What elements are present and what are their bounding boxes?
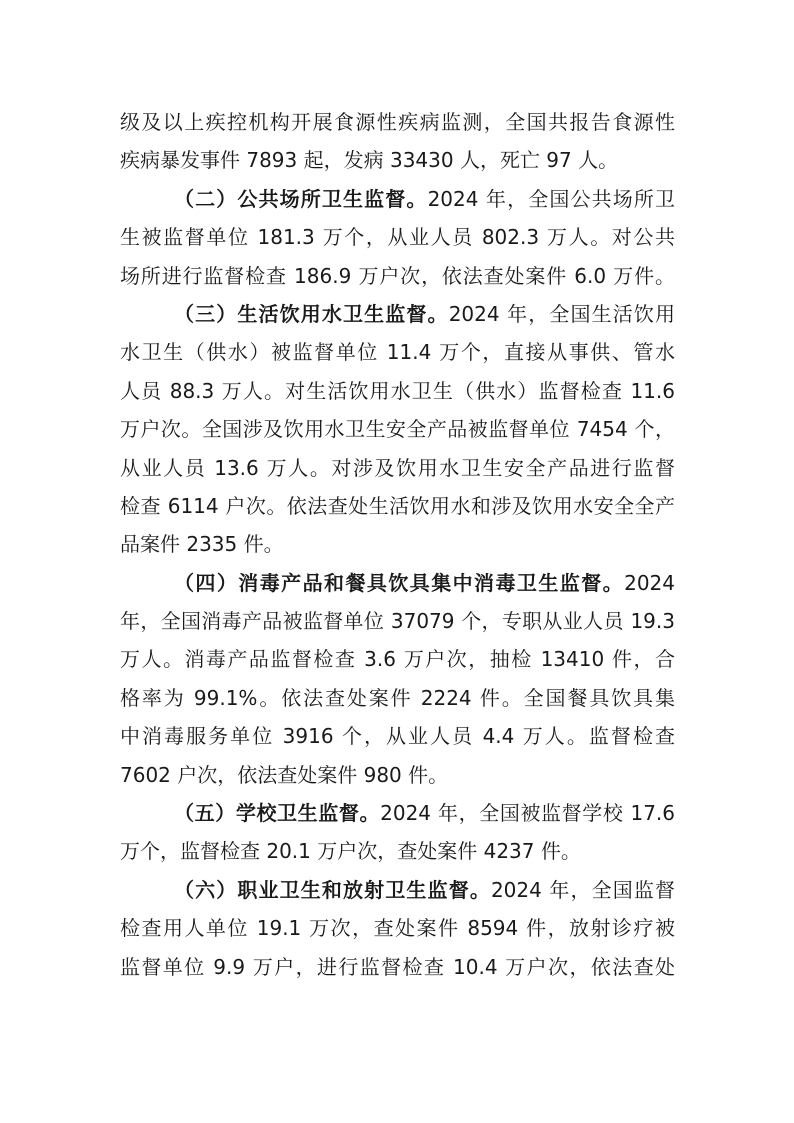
- text-line: 级及以上疾控机构开展食源性疾病监测，全国共报告食源性: [120, 103, 675, 141]
- section-heading-drinking-water: （三）生活饮用水卫生监督。: [174, 302, 449, 326]
- text-line: 7602 户次，依法查处案件 980 件。: [120, 756, 675, 794]
- text-line: 场所进行监督检查 186.9 万户次，依法查处案件 6.0 万件。: [120, 257, 675, 295]
- text-line: 检查用人单位 19.1 万次，查处案件 8594 件，放射诊疗被: [120, 909, 675, 947]
- text-run: 2024 年，全国生活饮用: [449, 302, 675, 326]
- text-run: 2024 年，全国被监督学校 17.6: [380, 801, 675, 825]
- text-line: 监督单位 9.9 万户，进行监督检查 10.4 万户次，依法查处: [120, 948, 675, 986]
- text-line: 生被监督单位 181.3 万个，从业人员 802.3 万人。对公共: [120, 218, 675, 256]
- text-line: 万人。消毒产品监督检查 3.6 万户次，抽检 13410 件，合: [120, 640, 675, 678]
- text-line: 万户次。全国涉及饮用水卫生安全产品被监督单位 7454 个，: [120, 410, 675, 448]
- text-line: 品案件 2335 件。: [120, 525, 675, 563]
- text-run: 2024 年，全国公共场所卫: [428, 187, 675, 211]
- text-line: 万个，监督检查 20.1 万户次，查处案件 4237 件。: [120, 832, 675, 870]
- section-heading-line: （四）消毒产品和餐具饮具集中消毒卫生监督。2024: [120, 564, 675, 602]
- text-line: 水卫生（供水）被监督单位 11.4 万个，直接从事供、管水: [120, 333, 675, 371]
- section-heading-line: （六）职业卫生和放射卫生监督。2024 年，全国监督: [120, 871, 675, 909]
- section-heading-school: （五）学校卫生监督。: [174, 801, 380, 825]
- section-heading-disinfection: （四）消毒产品和餐具饮具集中消毒卫生监督。: [174, 571, 624, 595]
- text-line: 格率为 99.1%。依法查处案件 2224 件。全国餐具饮具集: [120, 679, 675, 717]
- text-line: 疾病暴发事件 7893 起，发病 33430 人，死亡 97 人。: [120, 141, 675, 179]
- section-heading-line: （二）公共场所卫生监督。2024 年，全国公共场所卫: [120, 180, 675, 218]
- text-line: 检查 6114 户次。依法查处生活饮用水和涉及饮用水安全全产: [120, 487, 675, 525]
- section-heading-occupational: （六）职业卫生和放射卫生监督。: [174, 878, 491, 902]
- document-page: 级及以上疾控机构开展食源性疾病监测，全国共报告食源性 疾病暴发事件 7893 起…: [120, 103, 675, 986]
- section-heading-public-places: （二）公共场所卫生监督。: [174, 187, 428, 211]
- text-line: 年，全国消毒产品被监督单位 37079 个，专职从业人员 19.3: [120, 602, 675, 640]
- text-line: 人员 88.3 万人。对生活饮用水卫生（供水）监督检查 11.6: [120, 372, 675, 410]
- text-run: 2024: [624, 571, 675, 595]
- text-run: 2024 年，全国监督: [491, 878, 675, 902]
- section-heading-line: （五）学校卫生监督。2024 年，全国被监督学校 17.6: [120, 794, 675, 832]
- text-line: 中消毒服务单位 3916 个，从业人员 4.4 万人。监督检查: [120, 717, 675, 755]
- text-line: 从业人员 13.6 万人。对涉及饮用水卫生安全产品进行监督: [120, 449, 675, 487]
- section-heading-line: （三）生活饮用水卫生监督。2024 年，全国生活饮用: [120, 295, 675, 333]
